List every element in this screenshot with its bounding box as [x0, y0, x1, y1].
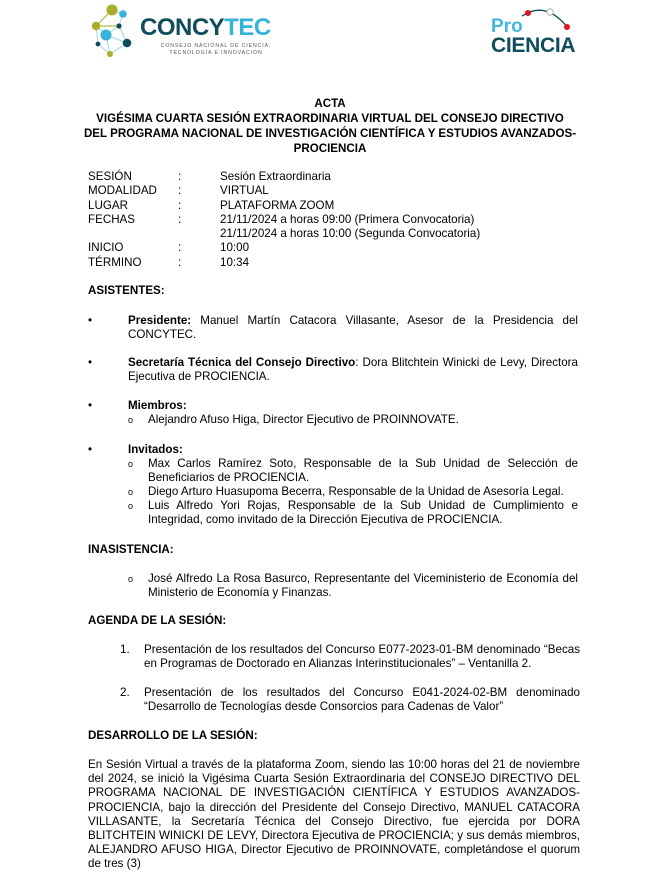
meta-key [88, 227, 178, 241]
asistente-secretaria: • Secretaría Técnica del Consejo Directi… [88, 356, 578, 384]
agenda-heading: AGENDA DE LA SESIÓN: [88, 614, 226, 627]
concytec-subtitle: CONSEJO NACIONAL DE CIENCIA, TECNOLOGÍA … [156, 43, 276, 56]
bullet-icon: • [88, 314, 98, 328]
invitado-text: Luis Alfredo Yori Rojas, Responsable de … [148, 499, 578, 526]
concytec-logo: CONCYTEC CONSEJO NACIONAL DE CIENCIA, TE… [86, 2, 286, 58]
meta-key: FECHAS [88, 213, 178, 227]
sub-bullet-icon: o [128, 499, 133, 513]
invitados-label: Invitados: [128, 443, 183, 456]
meta-colon: : [178, 184, 220, 198]
meta-value: PLATAFORMA ZOOM [220, 199, 334, 213]
agenda-item-text: Presentación de los resultados del Concu… [144, 686, 580, 714]
miembro-item: oAlejandro Afuso Higa, Director Ejecutiv… [128, 413, 578, 427]
agenda-item: 1. Presentación de los resultados del Co… [120, 643, 580, 671]
miembros-label-wrap: Miembros: [128, 399, 578, 413]
inasistencia-item: oJosé Alfredo La Rosa Basurco, Represent… [128, 572, 578, 600]
presidente-label: Presidente: [128, 314, 191, 327]
presidente-desc: Manuel Martín Catacora Villasante, Aseso… [128, 314, 578, 341]
meta-value: 10:00 [220, 241, 249, 255]
miembros-label: Miembros: [128, 399, 187, 412]
sub-bullet-icon: o [128, 572, 133, 586]
invitado-item: oDiego Arturo Huasupoma Becerra, Respons… [128, 485, 578, 499]
concytec-subtitle-line2: TECNOLOGÍA E INNOVACIÓN [156, 50, 276, 57]
meta-key: MODALIDAD [88, 184, 178, 198]
inasistencia-text: José Alfredo La Rosa Basurco, Representa… [148, 572, 578, 599]
asistente-miembros: • Miembros: oAlejandro Afuso Higa, Direc… [88, 399, 578, 427]
concytec-wordmark-part2: TEC [224, 14, 271, 41]
asistente-presidente: • Presidente: Manuel Martín Catacora Vil… [88, 314, 578, 342]
concytec-wordmark: CONCYTEC [140, 15, 271, 41]
concytec-wordmark-part1: CONCY [140, 14, 224, 41]
meta-colon: : [178, 241, 220, 255]
agenda-item-number: 1. [120, 643, 130, 657]
meta-key: INICIO [88, 241, 178, 255]
miembro-text: Alejandro Afuso Higa, Director Ejecutivo… [148, 413, 459, 426]
meta-value: Sesión Extraordinaria [220, 170, 331, 184]
invitado-text: Max Carlos Ramírez Soto, Responsable de … [148, 457, 578, 484]
secretaria-text: Secretaría Técnica del Consejo Directivo… [128, 356, 578, 384]
concytec-subtitle-line1: CONSEJO NACIONAL DE CIENCIA, [156, 43, 276, 50]
meta-colon: : [178, 199, 220, 213]
desarrollo-heading: DESARROLLO DE LA SESIÓN: [88, 729, 258, 742]
title-line-2: VIGÉSIMA CUARTA SESIÓN EXTRAORDINARIA VI… [80, 111, 580, 126]
title-line-3: DEL PROGRAMA NACIONAL DE INVESTIGACIÓN C… [80, 126, 580, 141]
agenda-item-number: 2. [120, 686, 130, 700]
sub-bullet-icon: o [128, 457, 133, 471]
asistente-invitados: • Invitados: oMax Carlos Ramírez Soto, R… [88, 443, 578, 527]
meta-value: 21/11/2024 a horas 09:00 (Primera Convoc… [220, 213, 474, 227]
prociencia-ciencia-text: CIENCIA [491, 35, 575, 57]
meta-colon [178, 227, 220, 241]
secretaria-label: Secretaría Técnica del Consejo Directivo [128, 356, 355, 369]
meta-colon: : [178, 213, 220, 227]
invitado-item: oMax Carlos Ramírez Soto, Responsable de… [128, 457, 578, 485]
meta-key: SESIÓN [88, 170, 178, 184]
meta-colon: : [178, 256, 220, 270]
meta-colon: : [178, 170, 220, 184]
meta-row-sesion: SESIÓN:Sesión Extraordinaria [88, 170, 480, 184]
document-page: CONCYTEC CONSEJO NACIONAL DE CIENCIA, TE… [0, 0, 658, 875]
agenda-item: 2. Presentación de los resultados del Co… [120, 686, 580, 714]
title-line-4: PROCIENCIA [80, 141, 580, 156]
invitado-text: Diego Arturo Huasupoma Becerra, Responsa… [148, 485, 564, 498]
meta-row-lugar: LUGAR:PLATAFORMA ZOOM [88, 199, 480, 213]
meta-row-termino: TÉRMINO:10:34 [88, 256, 480, 270]
meta-key: TÉRMINO [88, 256, 178, 270]
session-meta: SESIÓN:Sesión Extraordinaria MODALIDAD:V… [88, 170, 480, 270]
inasistencia-heading: INASISTENCIA: [88, 543, 174, 556]
meta-row-modalidad: MODALIDAD:VIRTUAL [88, 184, 480, 198]
title-line-1: ACTA [80, 96, 580, 111]
meta-value: 10:34 [220, 256, 249, 270]
desarrollo-paragraph: En Sesión Virtual a través de la platafo… [88, 758, 580, 872]
meta-value: 21/11/2024 a horas 10:00 (Segunda Convoc… [220, 227, 480, 241]
bullet-icon: • [88, 399, 98, 413]
sub-bullet-icon: o [128, 485, 133, 499]
bullet-icon: • [88, 443, 98, 457]
prociencia-logo: Pro CIENCIA [488, 2, 608, 60]
meta-row-fechas-2: 21/11/2024 a horas 10:00 (Segunda Convoc… [88, 227, 480, 241]
document-title: ACTA VIGÉSIMA CUARTA SESIÓN EXTRAORDINAR… [80, 96, 580, 156]
invitados-label-wrap: Invitados: [128, 443, 578, 457]
invitado-item: oLuis Alfredo Yori Rojas, Responsable de… [128, 499, 578, 527]
sub-bullet-icon: o [128, 413, 133, 427]
bullet-icon: • [88, 356, 98, 370]
meta-row-fechas: FECHAS:21/11/2024 a horas 09:00 (Primera… [88, 213, 480, 227]
inasistencia-list: oJosé Alfredo La Rosa Basurco, Represent… [88, 572, 578, 600]
agenda-item-text: Presentación de los resultados del Concu… [144, 643, 580, 671]
meta-row-inicio: INICIO:10:00 [88, 241, 480, 255]
meta-key: LUGAR [88, 199, 178, 213]
asistentes-heading: ASISTENTES: [88, 284, 165, 297]
presidente-text: Presidente: Manuel Martín Catacora Villa… [128, 314, 578, 342]
meta-value: VIRTUAL [220, 184, 269, 198]
